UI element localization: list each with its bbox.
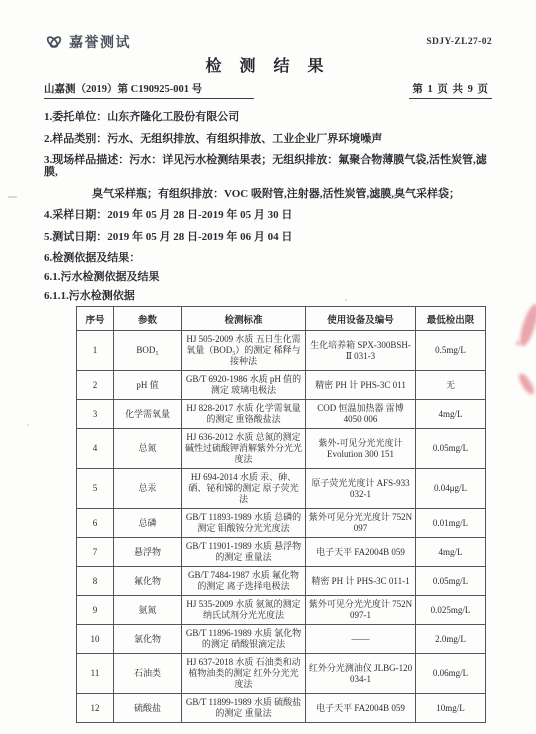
cell-limit: 0.05mg/L: [416, 567, 486, 596]
info-line: 6.1.污水检测依据及结果: [44, 271, 492, 283]
cell-standard: HJ 637-2018 水质 石油类和动植物油类的测定 红外分光光度法: [182, 654, 306, 694]
header-parameter: 参数: [114, 307, 182, 331]
header-limit: 最低检出限: [416, 307, 486, 331]
cell-standard: GB/T 11893-1989 水质 总磷的测定 钼酸铵分光光度法: [182, 509, 306, 538]
table-row: 10 氯化物 GB/T 11896-1989 水质 氯化物的测定 硝酸银滴定法 …: [77, 625, 486, 654]
cell-index: 2: [77, 371, 114, 400]
table-row: 9 氨氮 HJ 535-2009 水质 氨氮的测定 纳氏试剂分光光度法 紫外可见…: [77, 596, 486, 625]
red-stain: [516, 341, 520, 345]
cell-limit: 0.06mg/L: [416, 654, 486, 694]
cell-standard: HJ 636-2012 水质 总氮的测定 碱性过硫酸钾消解紫外分光光度法: [182, 429, 306, 469]
table-row: 12 硫酸盐 GB/T 11899-1989 水质 硫酸盐的测定 重量法 电子天…: [77, 694, 486, 723]
cell-parameter: 硫酸盐: [114, 694, 182, 723]
cell-parameter: 氟化物: [114, 567, 182, 596]
table-row: 6 总磷 GB/T 11893-1989 水质 总磷的测定 钼酸铵分光光度法 紫…: [77, 509, 486, 538]
info-line: 5.测试日期：2019 年 05 月 28 日-2019 年 06 月 04 日: [44, 231, 492, 243]
cell-device: 电子天平 FA2004B 059: [306, 538, 416, 567]
cell-limit: 10mg/L: [416, 694, 486, 723]
info-line: 1.委托单位：山东齐隆化工股份有限公司: [44, 111, 492, 123]
info-line: 6.检测依据及结果：: [44, 252, 492, 264]
table-row: 3 化学需氧量 HJ 828-2017 水质 化学需氧量的测定 重铬酸盐法 CO…: [77, 400, 486, 429]
cell-limit: 4mg/L: [416, 400, 486, 429]
cell-parameter: 总磷: [114, 509, 182, 538]
cell-parameter: 总氮: [114, 429, 182, 469]
cell-parameter: BOD₅: [114, 331, 182, 371]
cell-limit: 0.05mg/L: [416, 429, 486, 469]
header-index: 序号: [77, 307, 114, 331]
cell-parameter: 悬浮物: [114, 538, 182, 567]
table-row: 5 总汞 HJ 694-2014 水质 汞、砷、硒、铋和锑的测定 原子荧光法 原…: [77, 469, 486, 509]
cell-limit: 4mg/L: [416, 538, 486, 567]
cell-device: 精密 PH 计 PHS-3C 011: [306, 371, 416, 400]
company-logo-icon: [44, 32, 64, 52]
brand: 嘉誉测试: [44, 32, 131, 52]
info-section: 1.委托单位：山东齐隆化工股份有限公司2.样品类别：污水、无组织排放、有组织排放…: [44, 111, 492, 302]
cell-parameter: 石油类: [114, 654, 182, 694]
cell-device: 精密 PH 计 PHS-3C 011-1: [306, 567, 416, 596]
cell-device: 红外分光测油仪 JLBG-120 034-1: [306, 654, 416, 694]
cell-standard: HJ 535-2009 水质 氨氮的测定 纳氏试剂分光光度法: [182, 596, 306, 625]
red-stain: [516, 371, 536, 396]
page-info: 第 1 页 共 9 页: [409, 81, 492, 99]
info-line: 臭气采样瓶；有组织排放：VOC 吸附管,注射器,活性炭管,滤膜,臭气采样袋；: [44, 188, 492, 200]
doc-number-line: 山嘉测（2019）第 C190925-001 号 第 1 页 共 9 页: [44, 81, 492, 99]
cell-index: 11: [77, 654, 114, 694]
brand-name: 嘉誉测试: [69, 32, 131, 52]
red-stain: [517, 302, 536, 348]
cell-device: COD 恒温加热器 雷博 4050 006: [306, 400, 416, 429]
cell-index: 5: [77, 469, 114, 509]
cell-standard: GB/T 6920-1986 水质 pH 值的测定 玻璃电极法: [182, 371, 306, 400]
table-row: 7 悬浮物 GB/T 11901-1989 水质 悬浮物的测定 重量法 电子天平…: [77, 538, 486, 567]
cell-standard: HJ 694-2014 水质 汞、砷、硒、铋和锑的测定 原子荧光法: [182, 469, 306, 509]
cell-index: 4: [77, 429, 114, 469]
cell-limit: 无: [416, 371, 486, 400]
cell-index: 12: [77, 694, 114, 723]
doc-number: 山嘉测（2019）第 C190925-001 号: [44, 81, 254, 99]
cell-index: 7: [77, 538, 114, 567]
header-standard: 检测标准: [182, 307, 306, 331]
cell-index: 1: [77, 331, 114, 371]
cell-parameter: 氯化物: [114, 625, 182, 654]
table-row: 1 BOD₅ HJ 505-2009 水质 五日生化需氧量（BOD₅）的测定 稀…: [77, 331, 486, 371]
info-line: 2.样品类别：污水、无组织排放、有组织排放、工业企业厂界环境噪声: [44, 133, 492, 145]
table-row: 8 氟化物 GB/T 7484-1987 水质 氟化物的测定 离子选择电极法 精…: [77, 567, 486, 596]
cell-device: 电子天平 FA2004B 059: [306, 694, 416, 723]
cell-limit: 0.01mg/L: [416, 509, 486, 538]
cell-parameter: 总汞: [114, 469, 182, 509]
form-code: SDJY-ZL27-02: [426, 37, 492, 47]
cell-index: 3: [77, 400, 114, 429]
cell-standard: GB/T 11899-1989 水质 硫酸盐的测定 重量法: [182, 694, 306, 723]
cell-device: ——: [306, 625, 416, 654]
table-header-row: 序号 参数 检测标准 使用设备及编号 最低检出限: [77, 307, 486, 331]
cell-standard: GB/T 11896-1989 水质 氯化物的测定 硝酸银滴定法: [182, 625, 306, 654]
cell-limit: 0.5mg/L: [416, 331, 486, 371]
cell-device: 紫外-可见分光光度计 Evolution 300 151: [306, 429, 416, 469]
cell-standard: HJ 505-2009 水质 五日生化需氧量（BOD₅）的测定 稀释与接种法: [182, 331, 306, 371]
cell-index: 6: [77, 509, 114, 538]
cell-standard: GB/T 7484-1987 水质 氟化物的测定 离子选择电极法: [182, 567, 306, 596]
page-title: 检 测 结 果: [44, 53, 492, 76]
cell-device: 紫外可见分光光度计 752N 097: [306, 509, 416, 538]
scan-artifact: [27, 424, 29, 426]
scan-artifact: [345, 299, 347, 301]
cell-limit: 0.04μg/L: [416, 469, 486, 509]
table-row: 11 石油类 HJ 637-2018 水质 石油类和动植物油类的测定 红外分光光…: [77, 654, 486, 694]
cell-parameter: pH 值: [114, 371, 182, 400]
table-row: 2 pH 值 GB/T 6920-1986 水质 pH 值的测定 玻璃电极法 精…: [77, 371, 486, 400]
cell-limit: 0.025mg/L: [416, 596, 486, 625]
document-page: 嘉誉测试 SDJY-ZL27-02 检 测 结 果 山嘉测（2019）第 C19…: [0, 0, 536, 734]
cell-index: 10: [77, 625, 114, 654]
cell-standard: GB/T 11901-1989 水质 悬浮物的测定 重量法: [182, 538, 306, 567]
header-device: 使用设备及编号: [306, 307, 416, 331]
detection-basis-table: 序号 参数 检测标准 使用设备及编号 最低检出限 1 BOD₅ HJ 505-2…: [76, 306, 486, 723]
cell-standard: HJ 828-2017 水质 化学需氧量的测定 重铬酸盐法: [182, 400, 306, 429]
report-header: 嘉誉测试 SDJY-ZL27-02: [44, 32, 492, 52]
cell-index: 8: [77, 567, 114, 596]
scan-artifact: [8, 196, 17, 198]
cell-limit: 2.0mg/L: [416, 625, 486, 654]
cell-device: 生化培养箱 SPX-300BSH-Ⅱ 031-3: [306, 331, 416, 371]
cell-device: 紫外可见分光光度计 752N 097-1: [306, 596, 416, 625]
info-line: 6.1.1.污水检测依据: [44, 290, 492, 302]
info-line: 4.采样日期：2019 年 05 月 28 日-2019 年 05 月 30 日: [44, 209, 492, 221]
cell-parameter: 化学需氧量: [114, 400, 182, 429]
cell-parameter: 氨氮: [114, 596, 182, 625]
cell-index: 9: [77, 596, 114, 625]
table-row: 4 总氮 HJ 636-2012 水质 总氮的测定 碱性过硫酸钾消解紫外分光光度…: [77, 429, 486, 469]
info-line: 3.现场样品描述：污水：详见污水检测结果表；无组织排放：氟聚合物薄膜气袋,活性炭…: [44, 154, 492, 178]
cell-device: 原子荧光光度计 AFS-933 032-1: [306, 469, 416, 509]
